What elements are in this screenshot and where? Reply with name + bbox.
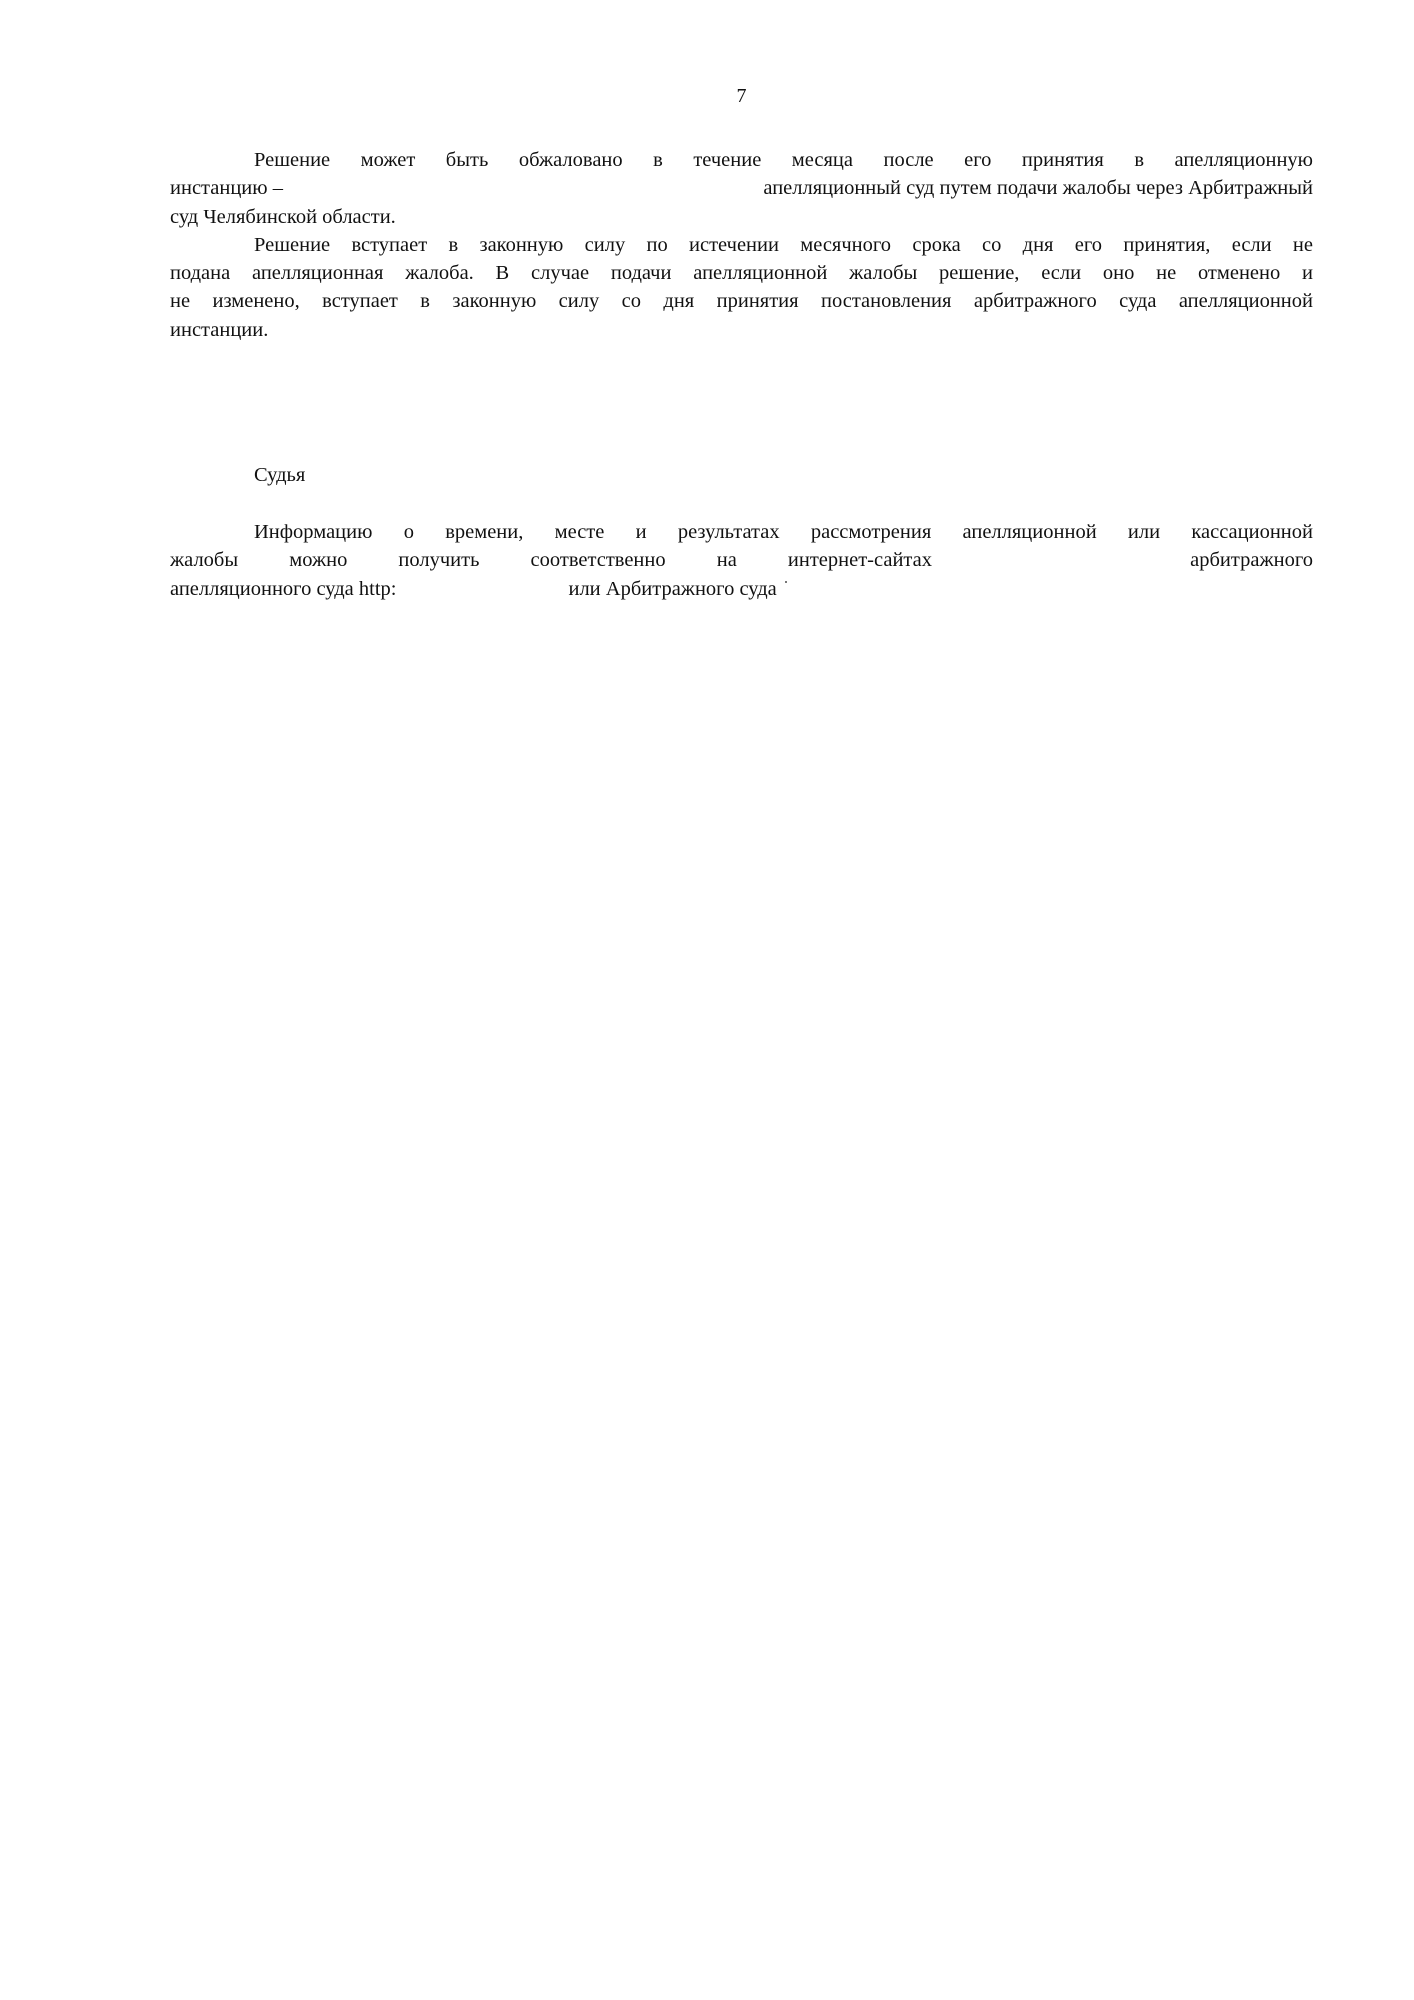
info-line-2: жалобы можно получить соответственно на … xyxy=(170,546,1313,574)
signature-block: Судья xyxy=(170,461,1313,489)
info-line-3-right: или Арбитражного суда xyxy=(568,578,776,600)
paragraph-1-line-2-right: апелляционный суд путем подачи жалобы че… xyxy=(763,174,1313,202)
paragraph-1-line-2: инстанцию – апелляционный суд путем пода… xyxy=(170,174,1313,202)
paragraph-2-line-4: инстанции. xyxy=(170,316,1313,344)
info-line-2-left: жалобы можно получить соответственно на … xyxy=(170,546,932,574)
paragraph-2-line-1: Решение вступает в законную силу по исте… xyxy=(170,231,1313,259)
info-paragraph: Информацию о времени, месте и результата… xyxy=(170,518,1313,603)
info-line-3: апелляционного суда http:или Арбитражног… xyxy=(170,575,1313,603)
redaction-remnant-mark xyxy=(785,581,787,583)
paragraph-1-line-2-left: инстанцию – xyxy=(170,174,283,202)
info-line-2-right: арбитражного xyxy=(1190,546,1313,574)
info-line-1: Информацию о времени, месте и результата… xyxy=(170,518,1313,546)
decision-appeal-text: Решение может быть обжаловано в течение … xyxy=(170,146,1313,344)
info-line-3-left: апелляционного суда http: xyxy=(170,578,396,600)
page-number: 7 xyxy=(0,82,1414,110)
judge-label: Судья xyxy=(170,461,1313,489)
paragraph-1-line-3: суд Челябинской области. xyxy=(170,203,1313,231)
paragraph-2-line-3: не изменено, вступает в законную силу со… xyxy=(170,287,1313,315)
paragraph-2-line-2: подана апелляционная жалоба. В случае по… xyxy=(170,259,1313,287)
paragraph-1-line-1: Решение может быть обжаловано в течение … xyxy=(170,146,1313,174)
